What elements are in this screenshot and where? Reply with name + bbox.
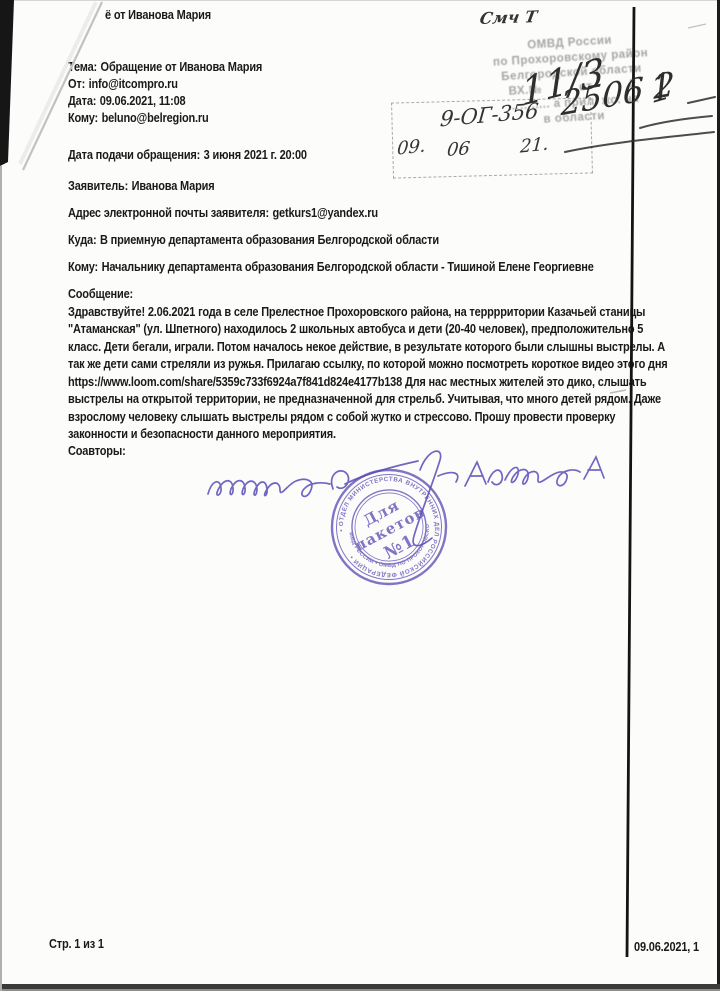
message-line: "Атаманская" (ул. Шпетного) находилось 2… [68,322,643,336]
message-line: взрослому человеку слышать выстрелы рядо… [68,410,615,424]
signature-3 [465,457,604,486]
bottom-scan-band [0,984,720,989]
registration-year-handwritten: 21. [519,133,549,157]
field-applicant-email: Адрес электронной почты заявителя:getkur… [68,206,378,220]
from-value: info@itcompro.ru [89,77,178,91]
message-label: Сообщение: [68,287,133,301]
signature-2 [332,451,458,546]
round-stamp-center-line2: пакетов [351,503,428,555]
message-line: выстрелы на открытой территории, не пред… [68,392,661,406]
subject-label: Тема: [68,60,97,74]
round-stamp-center-text: Для пакетов №1 [343,487,439,575]
field-label: Куда: [68,233,96,247]
footer-datetime: 09.06.2021, 1 [634,940,699,954]
registration-month-handwritten: 06 [446,138,471,161]
round-stamp-second-ring [330,468,449,587]
field-destination: Куда:В приемную департамента образования… [68,233,439,247]
to-value: beluno@belregion.ru [102,111,209,125]
round-stamp-ring-text-outer: • ОТДЕЛ МИНИСТЕРСТВА ВНУТРЕННИХ ДЕЛ РОСС… [331,469,446,585]
field-label: Дата подачи обращения: [68,148,200,162]
email-from-line: От:info@itcompro.ru [68,77,178,91]
handwritten-top-note: Смч Т [478,7,538,28]
round-stamp-center-line1: Для [360,496,402,530]
scan-mark-tick [688,24,706,28]
round-stamp-inner-ring [347,485,431,569]
email-subject-line: Тема:Обращение от Иванова Мария [68,60,262,74]
scanned-letter-page: ОМВД России по Прохоровскому район Белго… [0,0,720,991]
round-stamp-center-line3: №1 [381,531,419,564]
field-label: Кому: [68,260,98,274]
email-to-line: Кому:beluno@belregion.ru [68,111,209,125]
subject-value: Обращение от Иванова Мария [101,60,263,74]
left-edge-line [0,166,2,991]
field-value: Иванова Мария [132,179,215,193]
handwritten-resolution-part3: 1 [649,64,674,112]
message-line: класс. Дети бегали, играли. Потом начало… [68,340,665,354]
left-edge-black-strip [0,0,14,166]
field-addressee: Кому:Начальнику департамента образования… [68,260,594,274]
date-label: Дата: [68,94,96,108]
signature-1 [208,479,330,496]
field-label: Заявитель: [68,179,128,193]
registration-day-handwritten: 09. [396,135,426,159]
message-line-url: https://www.loom.com/share/5359c733f6924… [68,375,646,389]
coauthors-label: Соавторы: [68,444,126,458]
from-label: От: [68,77,85,91]
message-line: так же дети сами стреляли из ружья. Прил… [68,357,668,371]
footer-page-number: Стр. 1 из 1 [49,937,104,951]
message-line: законности и безопасности данного меропр… [68,427,336,441]
field-value: В приемную департамента образования Белг… [100,233,439,247]
field-submission-date: Дата подачи обращения:3 июня 2021 г. 20:… [68,148,307,162]
field-value: getkurs1@yandex.ru [273,206,378,220]
field-value: 3 июня 2021 г. 20:00 [204,148,307,162]
field-label: Адрес электронной почты заявителя: [68,206,269,220]
date-value: 09.06.2021, 11:08 [100,94,186,108]
scan-fold-line [627,7,634,957]
field-value: Начальнику департамента образования Белг… [102,260,594,274]
message-line: Здравствуйте! 2.06.2021 года в селе Прел… [68,305,645,319]
to-label: Кому: [68,111,98,125]
round-stamp-inner-ring2 [351,489,428,566]
round-stamp-outer-ring [325,463,454,592]
email-date-line: Дата:09.06.2021, 11:08 [68,94,185,108]
partial-subject-line: ё от Иванова Мария [105,8,211,22]
field-applicant: Заявитель:Иванова Мария [68,179,214,193]
